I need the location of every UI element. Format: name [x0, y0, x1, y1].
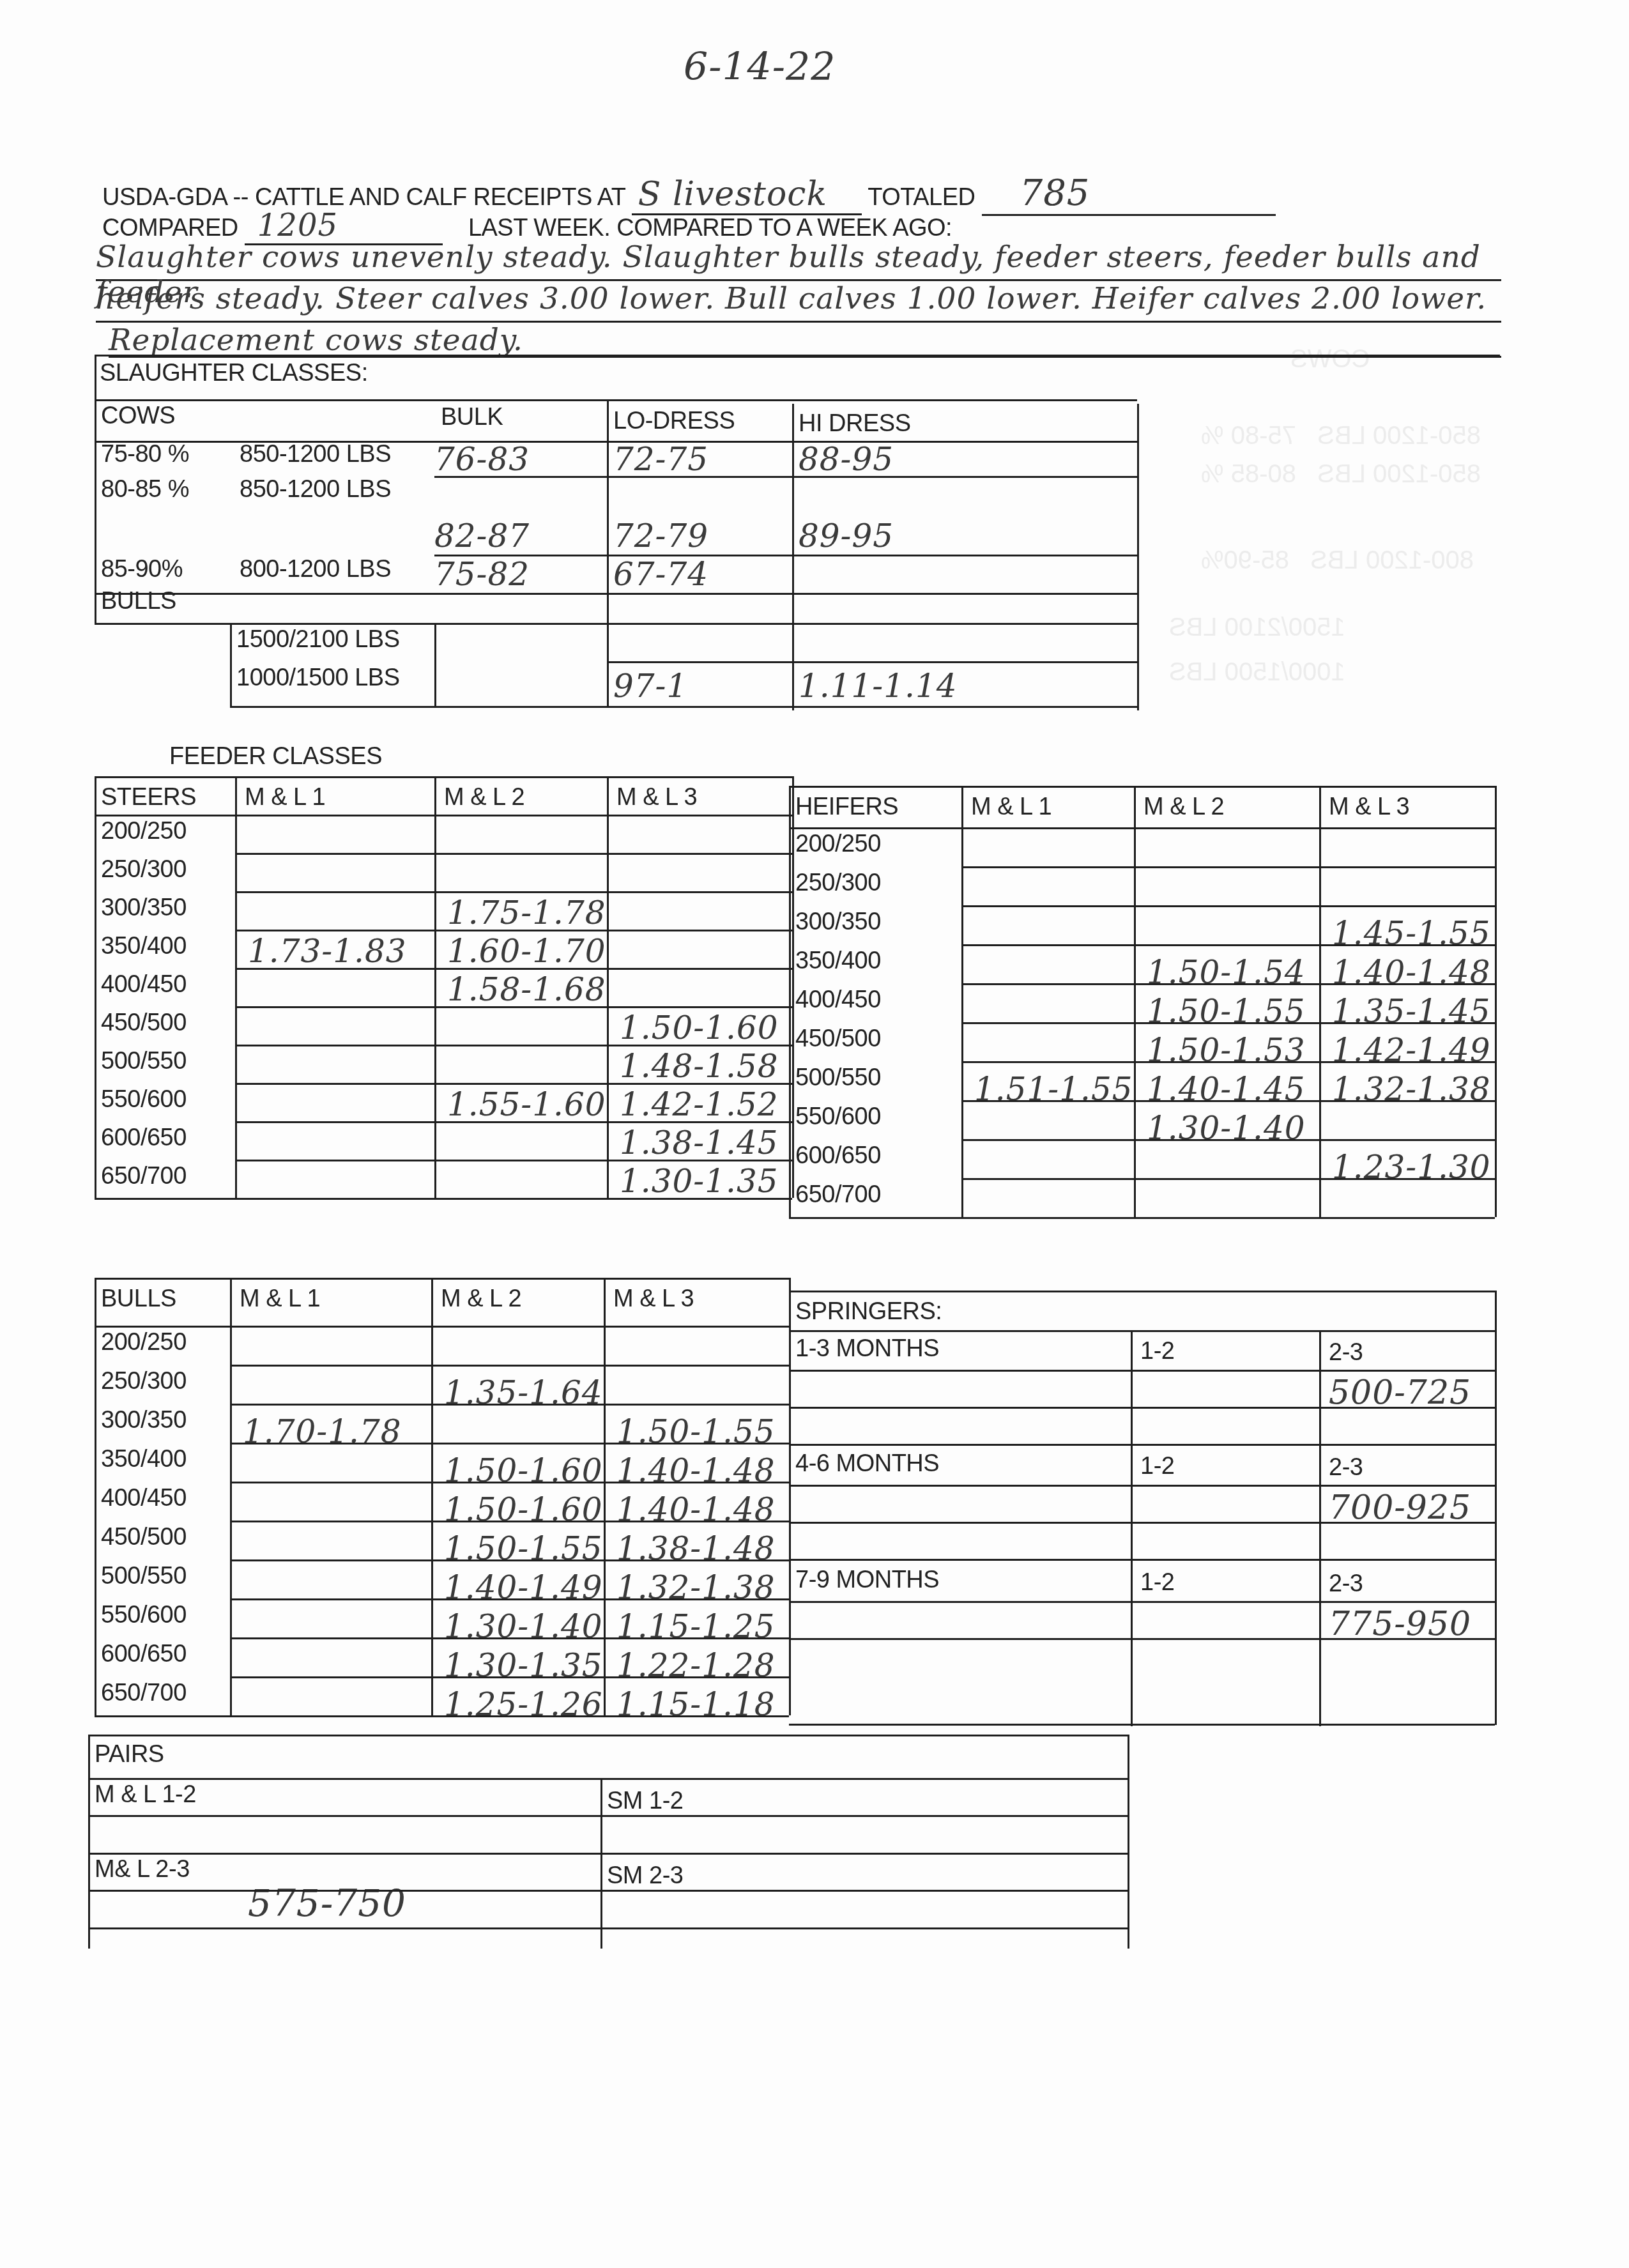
cell-ml3[interactable]: 1.48-1.58 [620, 1048, 779, 1085]
cow-grade: 75-80 % [101, 441, 189, 468]
row-weight: 200/250 [101, 818, 187, 845]
springer-group-label: 7-9 MONTHS [795, 1567, 939, 1594]
rule-line [789, 1278, 791, 1715]
rule-line [961, 1022, 1495, 1024]
springer-value-2-3[interactable]: 700-925 [1329, 1489, 1471, 1527]
rule-line [789, 1724, 1495, 1726]
cell-ml3[interactable]: 1.40-1.48 [616, 1491, 776, 1528]
compared-label: COMPARED [102, 215, 238, 241]
cell-ml2[interactable]: 1.50-1.60 [444, 1491, 603, 1528]
rule-line [1319, 786, 1321, 1217]
row-weight: 600/650 [795, 1142, 881, 1170]
cell-ml3[interactable]: 1.38-1.48 [616, 1530, 776, 1567]
pair-left-label: M & L 1-2 [95, 1781, 196, 1809]
row-weight: 300/350 [795, 908, 881, 936]
bleed-through-ghost: 850-1200 LBS 75-80 % [1201, 422, 1481, 450]
slaughter-title: SLAUGHTER CLASSES: [100, 360, 368, 387]
col-header-ml2: M & L 2 [444, 784, 524, 811]
springer-col-1-2: 1-2 [1140, 1338, 1174, 1365]
cell-ml2[interactable]: 1.30-1.35 [444, 1647, 603, 1684]
pair-right-label: SM 2-3 [607, 1862, 683, 1890]
cell-lo-dress[interactable]: 67-74 [613, 556, 708, 593]
bleed-through-ghost: 1500/2100 LBS [1169, 613, 1345, 642]
rule-line [235, 1160, 792, 1161]
rule-line [88, 1853, 1128, 1855]
cow-weight: 850-1200 LBS [240, 476, 391, 503]
rule-line [600, 1778, 602, 1949]
row-weight: 650/700 [101, 1680, 187, 1707]
total-field[interactable]: 785 [982, 172, 1276, 216]
rule-line [88, 1735, 90, 1949]
col-header-ml2: M & L 2 [441, 1285, 521, 1313]
row-weight: 450/500 [101, 1524, 187, 1551]
rule-line [961, 1061, 1495, 1063]
bull-weight: 1500/2100 LBS [236, 626, 400, 654]
rule-line [789, 827, 1495, 829]
row-weight: 300/350 [101, 894, 187, 922]
col-header-lo-dress: LO-DRESS [613, 408, 735, 435]
rule-line [789, 1407, 1495, 1409]
rule-line [1134, 786, 1136, 1217]
rule-line [789, 1522, 1495, 1524]
rule-line [431, 1278, 433, 1715]
rule-line [789, 1601, 1495, 1603]
rule-line [961, 944, 1495, 946]
row-weight: 250/300 [101, 856, 187, 884]
rule-line [235, 1083, 792, 1085]
rule-line [95, 1326, 789, 1328]
springer-value-2-3[interactable]: 500-725 [1329, 1374, 1471, 1412]
cell-ml2[interactable]: 1.30-1.40 [1147, 1110, 1306, 1147]
col-header-ml3: M & L 3 [616, 784, 697, 811]
rule-line [1137, 404, 1139, 710]
cell-ml2[interactable]: 1.40-1.49 [444, 1569, 603, 1606]
row-weight: 400/450 [795, 986, 881, 1014]
rule-line [607, 776, 609, 1198]
rule-line [95, 355, 1500, 356]
row-weight: 350/400 [101, 933, 187, 960]
col-header-class: BULLS [101, 1285, 176, 1313]
cell-ml3[interactable]: 1.50-1.55 [616, 1413, 776, 1450]
springer-col-2-3: 2-3 [1329, 1570, 1363, 1598]
rule-line [95, 399, 1137, 401]
rule-line [230, 1676, 789, 1678]
cell-ml2[interactable]: 1.55-1.60 [447, 1086, 606, 1123]
cell-lo-dress[interactable]: 97-1 [613, 668, 687, 705]
row-weight: 500/550 [101, 1048, 187, 1075]
rule-line [961, 1178, 1495, 1180]
rule-line [789, 1638, 1495, 1640]
narrative-line-1: Slaughter cows unevenly steady. Slaughte… [96, 240, 1501, 281]
row-weight: 650/700 [101, 1163, 187, 1190]
report-date: 6-14-22 [684, 45, 836, 89]
cell-ml2[interactable]: 1.75-1.78 [447, 894, 606, 931]
row-weight: 250/300 [101, 1368, 187, 1395]
cell-ml3[interactable]: 1.45-1.55 [1332, 915, 1491, 952]
row-weight: 500/550 [101, 1563, 187, 1590]
rule-line [789, 1217, 1495, 1219]
rule-line [230, 1559, 789, 1561]
cell-ml2[interactable]: 1.50-1.53 [1147, 1032, 1306, 1069]
springer-col-1-2: 1-2 [1140, 1453, 1174, 1480]
cow-weight: 850-1200 LBS [240, 441, 391, 468]
rule-line [792, 404, 794, 710]
cow-grade: 85-90% [101, 556, 183, 583]
cow-grade: 80-85 % [101, 476, 189, 503]
row-weight: 600/650 [101, 1641, 187, 1668]
cell-ml2[interactable]: 1.50-1.55 [1147, 993, 1306, 1030]
rule-line [792, 776, 794, 1198]
cell-ml3[interactable]: 1.32-1.38 [1332, 1071, 1491, 1108]
row-weight: 400/450 [101, 1485, 187, 1512]
cell-ml2[interactable]: 1.30-1.40 [444, 1608, 603, 1645]
rule-line [230, 1598, 789, 1600]
cell-hi-dress[interactable]: 89-95 [799, 517, 894, 555]
rule-line [789, 1330, 1495, 1332]
cell-ml3[interactable]: 1.32-1.38 [616, 1569, 776, 1606]
rule-line [88, 1815, 1128, 1817]
row-weight: 600/650 [101, 1124, 187, 1152]
rule-line [95, 623, 1137, 625]
row-weight: 650/700 [795, 1181, 881, 1209]
rule-line [230, 1482, 789, 1483]
cell-ml3[interactable]: 1.15-1.18 [616, 1686, 776, 1723]
rule-line [789, 1444, 1495, 1446]
narrative-line-3: Replacement cows steady. [109, 323, 1501, 358]
cell-ml3[interactable]: 1.38-1.45 [620, 1124, 779, 1161]
col-header-class: HEIFERS [795, 793, 898, 821]
narrative-line-2: heifers steady. Steer calves 3.00 lower.… [96, 281, 1501, 323]
rule-line [230, 1404, 789, 1406]
col-header-ml3: M & L 3 [1329, 793, 1409, 821]
row-weight: 550/600 [795, 1103, 881, 1131]
col-header-ml3: M & L 3 [613, 1285, 694, 1313]
compared-suffix: LAST WEEK. COMPARED TO A WEEK AGO: [468, 215, 952, 241]
rule-line [1128, 1735, 1129, 1949]
pair-right-label: SM 1-2 [607, 1788, 683, 1815]
rule-line [235, 1006, 792, 1008]
rule-line [434, 555, 1137, 556]
pairs-title: PAIRS [95, 1741, 164, 1768]
pair-left-label: M& L 2-3 [95, 1856, 190, 1883]
cell-ml3[interactable]: 1.22-1.28 [616, 1647, 776, 1684]
rule-line [88, 1927, 1128, 1929]
rule-line [235, 968, 792, 970]
rule-line [88, 1778, 1128, 1780]
cow-weight: 800-1200 LBS [240, 556, 391, 583]
rule-line [88, 1890, 1128, 1892]
row-weight: 200/250 [101, 1329, 187, 1356]
pair-left-value[interactable]: 575-750 [248, 1881, 406, 1925]
col-header-ml1: M & L 1 [245, 784, 325, 811]
col-header-ml2: M & L 2 [1143, 793, 1224, 821]
rule-line [789, 786, 791, 1217]
springer-col-2-3: 2-3 [1329, 1454, 1363, 1482]
rule-line [961, 905, 1495, 907]
rule-line [961, 1100, 1495, 1102]
rule-line [235, 891, 792, 893]
rule-line [1131, 1330, 1133, 1726]
row-weight: 350/400 [795, 947, 881, 975]
bull-weight: 1000/1500 LBS [236, 664, 400, 692]
cell-ml2[interactable]: 1.60-1.70 [447, 933, 606, 970]
rule-line [95, 776, 792, 778]
rule-line [95, 1278, 789, 1280]
cell-ml3[interactable]: 1.42-1.52 [620, 1086, 779, 1123]
rule-line [230, 623, 232, 706]
totaled-label: TOTALED [868, 184, 975, 211]
rule-line [230, 706, 1137, 708]
springer-group-label: 1-3 MONTHS [795, 1335, 939, 1363]
row-weight: 300/350 [101, 1407, 187, 1434]
cell-ml3[interactable]: 1.30-1.35 [620, 1163, 779, 1200]
springer-group-label: 4-6 MONTHS [795, 1450, 939, 1478]
cell-hi-dress[interactable]: 88-95 [799, 441, 894, 478]
row-weight: 500/550 [795, 1064, 881, 1092]
cell-bulk[interactable]: 76-83 [434, 441, 530, 478]
rule-line [230, 1443, 789, 1444]
cell-ml3[interactable]: 1.15-1.25 [616, 1608, 776, 1645]
rule-line [95, 815, 792, 816]
cell-hi-dress[interactable]: 1.11-1.14 [799, 668, 958, 705]
cell-ml3[interactable]: 1.42-1.49 [1332, 1032, 1491, 1069]
row-weight: 200/250 [795, 831, 881, 858]
rule-line [961, 866, 1495, 868]
cell-ml3[interactable]: 1.50-1.60 [620, 1009, 779, 1046]
cell-bulk[interactable]: 75-82 [434, 556, 530, 593]
rule-line [434, 623, 436, 706]
cell-ml1[interactable]: 1.51-1.55 [974, 1071, 1133, 1108]
cell-ml2[interactable]: 1.40-1.45 [1147, 1071, 1306, 1108]
rule-line [230, 1365, 789, 1367]
cell-ml3[interactable]: 1.40-1.48 [1332, 954, 1491, 991]
springer-col-1-2: 1-2 [1140, 1569, 1174, 1597]
row-weight: 400/450 [101, 971, 187, 999]
row-weight: 450/500 [795, 1025, 881, 1053]
rule-line [235, 930, 792, 931]
row-weight: 250/300 [795, 870, 881, 897]
cell-ml2[interactable]: 1.50-1.54 [1147, 954, 1306, 991]
rule-line [789, 1485, 1495, 1487]
bulls-label: BULLS [101, 588, 176, 615]
rule-line [95, 355, 96, 623]
cell-ml1[interactable]: 1.73-1.83 [248, 933, 407, 970]
bleed-through-ghost: 850-1200 LBS 80-85 % [1201, 460, 1481, 489]
col-header-cows: COWS [101, 402, 175, 430]
col-header-ml1: M & L 1 [240, 1285, 320, 1313]
rule-line [434, 476, 1137, 478]
cell-ml1[interactable]: 1.70-1.78 [243, 1413, 402, 1450]
rule-line [1495, 1291, 1497, 1725]
springer-value-2-3[interactable]: 775-950 [1329, 1605, 1471, 1643]
cell-lo-dress[interactable]: 72-79 [613, 517, 708, 555]
rule-line [961, 983, 1495, 985]
rule-line [235, 776, 237, 1198]
row-weight: 550/600 [101, 1602, 187, 1629]
rule-line [789, 1559, 1495, 1561]
rule-line [607, 661, 1137, 663]
cell-ml3[interactable]: 1.35-1.45 [1332, 993, 1491, 1030]
cell-ml2[interactable]: 1.50-1.55 [444, 1530, 603, 1567]
rule-line [230, 1637, 789, 1639]
bleed-through-ghost: 1000/1500 LBS [1169, 658, 1345, 687]
rule-line [789, 1370, 1495, 1372]
col-header-class: STEERS [101, 784, 196, 811]
rule-line [789, 1291, 1495, 1292]
rule-line [235, 1045, 792, 1046]
header-prefix: USDA-GDA -- CATTLE AND CALF RECEIPTS AT [102, 184, 625, 211]
cell-ml2[interactable]: 1.35-1.64 [444, 1374, 603, 1411]
rule-line [434, 776, 436, 1198]
cell-bulk[interactable]: 82-87 [434, 517, 530, 555]
rule-line [235, 1121, 792, 1123]
rule-line [95, 776, 96, 1198]
row-weight: 550/600 [101, 1086, 187, 1114]
col-header-bulk: BULK [441, 404, 503, 431]
feeder-classes-title: FEEDER CLASSES [169, 743, 382, 770]
col-header-ml1: M & L 1 [971, 793, 1052, 821]
rule-line [1495, 786, 1497, 1217]
rule-line [961, 786, 963, 1217]
rule-line [95, 1278, 96, 1715]
rule-line [961, 1139, 1495, 1141]
springer-col-2-3: 2-3 [1329, 1339, 1363, 1367]
rule-line [1319, 1330, 1321, 1726]
cell-ml3[interactable]: 1.23-1.30 [1332, 1149, 1491, 1186]
cell-lo-dress[interactable]: 72-75 [613, 441, 708, 478]
rule-line [95, 593, 1137, 595]
cell-ml3[interactable]: 1.40-1.48 [616, 1452, 776, 1489]
col-header-hi-dress: HI DRESS [799, 410, 910, 438]
row-weight: 450/500 [101, 1009, 187, 1037]
cell-ml2[interactable]: 1.25-1.26 [444, 1686, 603, 1723]
rule-line [230, 1278, 232, 1715]
springers-title: SPRINGERS: [795, 1298, 942, 1326]
row-weight: 350/400 [101, 1446, 187, 1473]
rule-line [88, 1735, 1128, 1736]
cell-ml2[interactable]: 1.50-1.60 [444, 1452, 603, 1489]
rule-line [604, 1278, 606, 1715]
rule-line [230, 1521, 789, 1522]
bleed-through-ghost: 800-1200 LBS 85-90% [1201, 546, 1474, 575]
rule-line [789, 786, 1495, 788]
rule-line [235, 853, 792, 855]
cell-ml2[interactable]: 1.58-1.68 [447, 971, 606, 1008]
